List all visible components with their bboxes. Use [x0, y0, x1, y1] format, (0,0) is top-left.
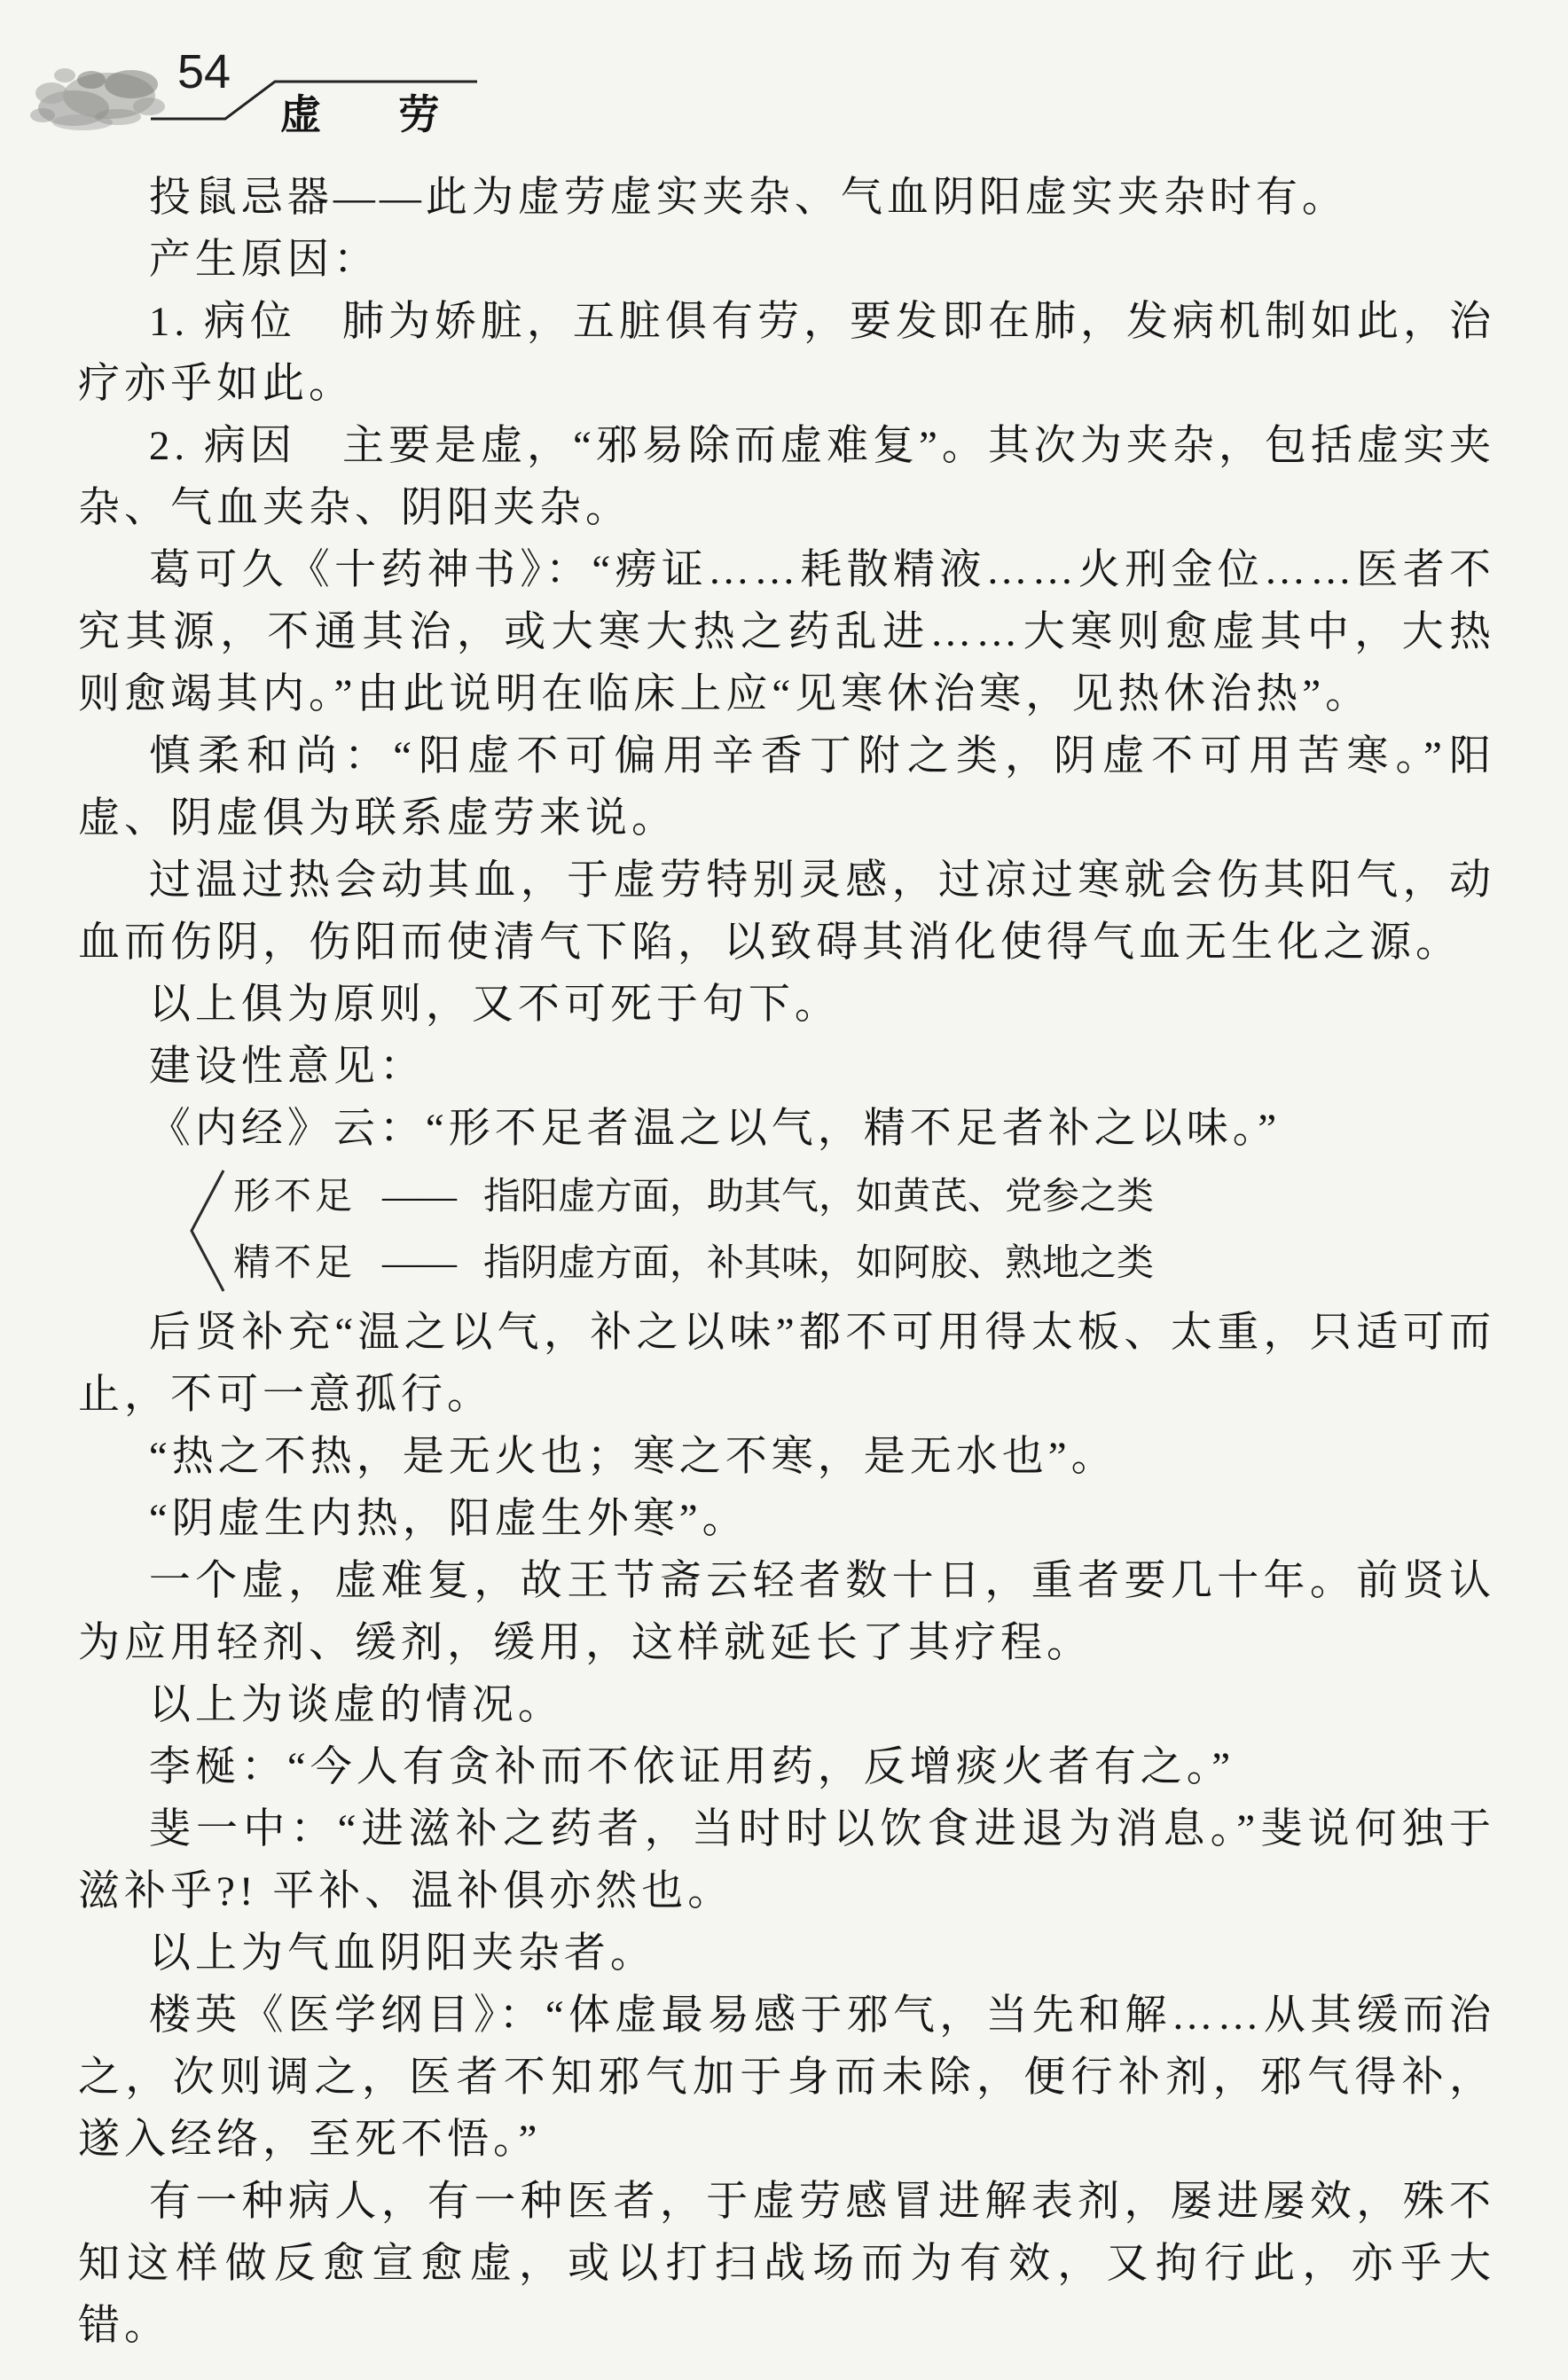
paragraph: 产生原因：	[78, 229, 1495, 291]
paragraph: 以上俱为原则，又不可死于句下。	[78, 974, 1495, 1036]
paragraph: 后贤补充“温之以气，补之以味”都不可用得太板、太重，只适可而止，不可一意孤行。	[78, 1302, 1495, 1426]
bracket-description: 指阳虚方面，助其气，如黄芪、党参之类	[483, 1177, 1154, 1217]
dash-connector: ——	[382, 1177, 457, 1217]
paragraph: 2. 病因 主要是虚，“邪易除而虚难复”。其次为夹杂，包括虚实夹杂、气血夹杂、阴…	[78, 415, 1495, 539]
dash-connector: ——	[382, 1243, 457, 1284]
page-header: 54 虚 劳	[0, 0, 1568, 177]
paragraph: 《内经》云：“形不足者温之以气，精不足者补之以味。”	[78, 1098, 1495, 1160]
bracket-row: 形不足——指阳虚方面，助其气，如黄芪、党参之类	[233, 1164, 1495, 1231]
bracket-description: 指阴虚方面，补其味，如阿胶、熟地之类	[483, 1243, 1154, 1284]
paragraph: 一个虚，虚难复，故王节斋云轻者数十日，重者要几十年。前贤认为应用轻剂、缓剂，缓用…	[78, 1550, 1495, 1674]
paragraph: 投鼠忌器——此为虚劳虚实夹杂、气血阴阳虚实夹杂时有。	[78, 167, 1495, 229]
paragraph: 葛可久《十药神书》：“痨证……耗散精液……火刑金位……医者不究其源，不通其治，或…	[78, 539, 1495, 725]
brace-icon	[183, 1167, 227, 1295]
header-rule-line	[0, 0, 550, 142]
body-text: 投鼠忌器——此为虚劳虚实夹杂、气血阴阳虚实夹杂时有。产生原因：1. 病位 肺为娇…	[78, 167, 1495, 2357]
paragraph: “热之不热，是无火也；寒之不寒，是无水也”。	[78, 1426, 1495, 1488]
paragraph: 以上为谈虚的情况。	[78, 1674, 1495, 1736]
paragraph: 斐一中：“进滋补之药者，当时时以饮食进退为消息。”斐说何独于滋补乎?! 平补、温…	[78, 1798, 1495, 1922]
bracket-term: 形不足	[233, 1177, 356, 1217]
paragraph: 李梴：“今人有贪补而不依证用药，反增痰火者有之。”	[78, 1736, 1495, 1798]
book-page: 54 虚 劳 投鼠忌器——此为虚劳虚实夹杂、气血阴阳虚实夹杂时有。产生原因：1.…	[0, 0, 1568, 2380]
definition-bracket-diagram: 形不足——指阳虚方面，助其气，如黄芪、党参之类精不足——指阴虚方面，补其味，如阿…	[78, 1160, 1495, 1302]
paragraph: 1. 病位 肺为娇脏，五脏俱有劳，要发即在肺，发病机制如此，治疗亦乎如此。	[78, 291, 1495, 415]
bracket-row: 精不足——指阴虚方面，补其味，如阿胶、熟地之类	[233, 1231, 1495, 1297]
paragraph: 过温过热会动其血，于虚劳特别灵感，过凉过寒就会伤其阳气，动血而伤阴，伤阳而使清气…	[78, 849, 1495, 974]
paragraph: 楼英《医学纲目》：“体虚最易感于邪气，当先和解……从其缓而治之，次则调之，医者不…	[78, 1985, 1495, 2171]
paragraph: 以上为气血阴阳夹杂者。	[78, 1922, 1495, 1985]
paragraph: 建设性意见：	[78, 1036, 1495, 1098]
paragraph: 慎柔和尚：“阳虚不可偏用辛香丁附之类，阴虚不可用苦寒。”阳虚、阴虚俱为联系虚劳来…	[78, 725, 1495, 849]
paragraph: 有一种病人，有一种医者，于虚劳感冒进解表剂，屡进屡效，殊不知这样做反愈宣愈虚，或…	[78, 2171, 1495, 2357]
paragraph: “阴虚生内热，阳虚生外寒”。	[78, 1488, 1495, 1550]
chapter-title: 虚 劳	[280, 92, 458, 137]
bracket-term: 精不足	[233, 1243, 356, 1284]
